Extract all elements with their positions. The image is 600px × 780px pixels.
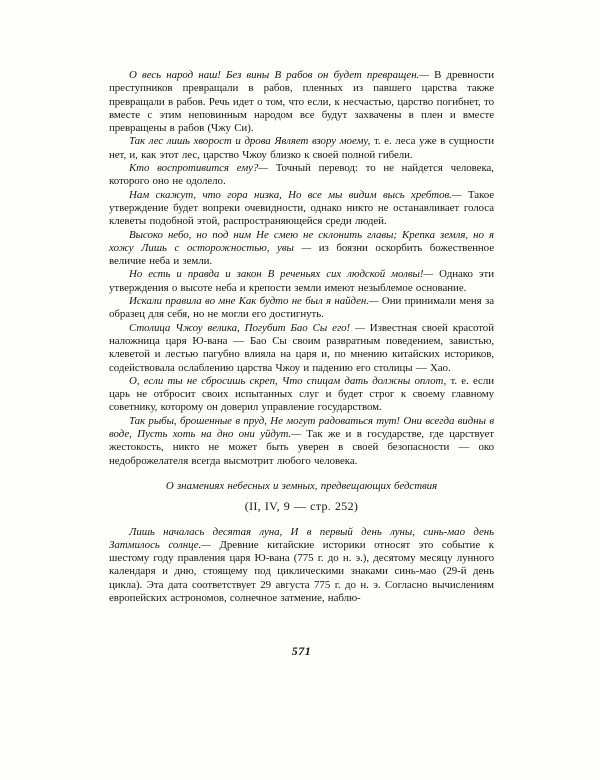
commentary-paragraph: Столица Чжоу велика, Погубит Бао Сы его!…	[109, 322, 494, 375]
verse-quote: Кто воспротивится ему?—	[129, 162, 268, 174]
commentary-paragraph: Лишь началась десятая луна, И в первый д…	[109, 526, 494, 606]
commentary-text-block: О весь народ наш! Без вины В рабов он бу…	[109, 69, 494, 605]
section-reference: (II, IV, 9 — стр. 252)	[109, 500, 494, 513]
verse-quote: Но есть и правда и закон В реченьях сих …	[129, 268, 433, 280]
verse-quote: Так лес лишь хворост и дрова Являет взор…	[129, 135, 370, 147]
commentary-paragraph: О весь народ наш! Без вины В рабов он бу…	[109, 69, 494, 135]
commentary-paragraph: Высоко небо, но под ним Не смею не склон…	[109, 229, 494, 269]
page-number: 571	[109, 644, 494, 659]
verse-quote: Нам скажут, что гора низка, Но все мы ви…	[129, 189, 461, 201]
verse-quote: Столица Чжоу велика, Погубит Бао Сы его!…	[129, 322, 365, 334]
commentary-paragraph: Нам скажут, что гора низка, Но все мы ви…	[109, 189, 494, 229]
book-page: О весь народ наш! Без вины В рабов он бу…	[0, 0, 600, 780]
commentary-paragraph: Так лес лишь хворост и дрова Являет взор…	[109, 135, 494, 162]
verse-quote: Искали правила во мне Как будто не был я…	[129, 295, 379, 307]
commentary-paragraph: Кто воспротивится ему?— Точный перевод: …	[109, 162, 494, 189]
verse-quote: О весь народ наш! Без вины В рабов он бу…	[129, 69, 429, 81]
commentary-paragraph: Но есть и правда и закон В реченьях сих …	[109, 268, 494, 295]
commentary-paragraph: Искали правила во мне Как будто не был я…	[109, 295, 494, 322]
verse-quote: О, если ты не сбросишь скреп, Что спицам…	[129, 375, 446, 387]
commentary-paragraph: Так рыбы, брошенные в пруд, Не могут рад…	[109, 415, 494, 468]
commentary-paragraph: О, если ты не сбросишь скреп, Что спицам…	[109, 375, 494, 415]
section-heading: О знамениях небесных и земных, предвещаю…	[109, 480, 494, 493]
